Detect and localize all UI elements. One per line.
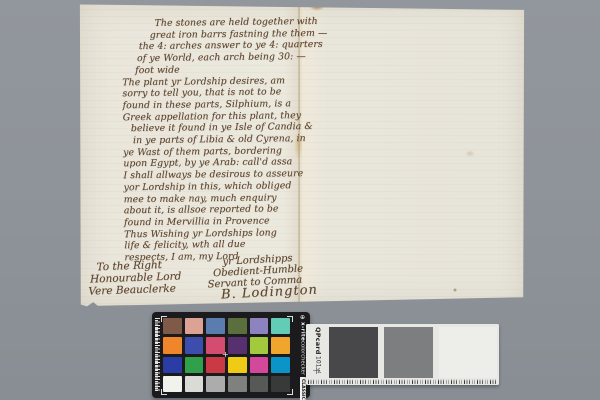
- closing-line: Servant to Comma: [207, 274, 303, 290]
- handwritten-line: upon Egypt, by ye Arab: call'd assa: [123, 156, 331, 170]
- handwritten-line: I shall allways be desirous to asseure: [123, 168, 331, 182]
- color-patch: [185, 337, 204, 353]
- product-label: colorchecker: [300, 341, 306, 375]
- handwritten-line: about it, is allsoe reported to be: [124, 203, 332, 217]
- letter-body: The stones are held together withgreat i…: [122, 16, 333, 264]
- color-patch: [250, 376, 269, 392]
- color-patch: [228, 357, 247, 373]
- color-patch: [185, 318, 204, 334]
- corner-bracket-icon: [287, 389, 293, 395]
- handwritten-line: The stones are held together with: [155, 16, 330, 30]
- color-patch: [250, 337, 269, 353]
- colorchecker-card: + ⊕ x-rite colorchecker CLASSIC: [152, 312, 310, 398]
- handwritten-line: mee to make nay, much enquiry: [124, 191, 332, 205]
- handwritten-line: sorry to tell you, that is not to be: [122, 86, 330, 100]
- foxing-spot: [465, 150, 475, 157]
- color-patch: [250, 357, 269, 373]
- address-line: Honourable Lord: [90, 270, 182, 285]
- color-patch: [206, 318, 225, 334]
- color-patch: [163, 357, 182, 373]
- color-patch: [206, 376, 225, 392]
- handwritten-line: in ye parts of Libia & old Cyrena, in: [133, 133, 331, 147]
- corner-bracket-icon: [161, 316, 167, 322]
- closing-line: yr Lordshipps: [222, 253, 303, 268]
- foxing-spot: [453, 288, 457, 292]
- handwritten-line: Thus Wishing yr Lordships long: [124, 226, 332, 240]
- color-patch: [185, 376, 204, 392]
- fold-crease: [298, 2, 302, 307]
- fold-stain: [294, 130, 303, 160]
- signature: B. Lodington: [221, 282, 319, 302]
- handwritten-line: yor Lordship in this, which obliged: [124, 180, 332, 194]
- handwritten-line: great iron barrs fastning the them —: [150, 27, 330, 41]
- color-patch: [228, 318, 247, 334]
- handwritten-line: believe it found in ye Isle of Candia &: [131, 121, 331, 135]
- handwritten-line: foot wide: [135, 63, 330, 77]
- corner-bracket-icon: [287, 316, 293, 322]
- crosshair-icon: +: [312, 364, 321, 377]
- handwritten-line: The plant yr Lordship desires, am: [122, 74, 330, 88]
- handwritten-line: life & felicity, wth all due: [124, 238, 332, 252]
- handwritten-line: of ye World, each arch being 30: —: [137, 51, 330, 65]
- handwritten-line: ye Wast of them parts, bordering: [123, 144, 331, 158]
- gray-patch: [329, 327, 378, 378]
- color-patch: [185, 357, 204, 373]
- color-patch: [163, 337, 182, 353]
- qpcard-ruler: [308, 379, 497, 384]
- gray-patch: [384, 327, 433, 378]
- handwritten-line: respects, I am, my Lord: [124, 250, 332, 264]
- paper-vignette: [79, 2, 525, 307]
- address-block: To the RightHonourable LordVere Beaucler…: [87, 258, 181, 297]
- color-patch: [228, 376, 247, 392]
- handwritten-line: found in Mervillia in Provence: [124, 215, 332, 229]
- color-patch: [228, 337, 247, 353]
- archival-photo-background: The stones are held together withgreat i…: [0, 0, 600, 400]
- edition-badge: CLASSIC: [300, 377, 306, 400]
- handwritten-line: found in these parts, Silphium, is a: [123, 98, 331, 112]
- qpcard-grayscale-card: QPcard 101 v4 +: [306, 324, 499, 385]
- gray-patch: [439, 327, 497, 378]
- corner-bracket-icon: [161, 389, 167, 395]
- color-patch: [271, 337, 290, 353]
- color-patch: [250, 318, 269, 334]
- handwritten-line: the 4: arches answer to ye 4: quarters: [139, 39, 330, 53]
- color-patch: [271, 357, 290, 373]
- address-line: To the Right: [96, 258, 181, 273]
- manuscript-letter: The stones are held together withgreat i…: [79, 2, 525, 307]
- letter-closing: yr LordshippsObedient-HumbleServant to C…: [206, 253, 304, 291]
- ink-stain: [309, 2, 325, 11]
- xrite-logo-icon: ⊕: [300, 315, 305, 321]
- colorchecker-ruler: [155, 318, 160, 392]
- handwritten-line: Greek appellation for this plant, they: [123, 109, 331, 123]
- closing-line: Obedient-Humble: [213, 263, 303, 279]
- address-line: Vere Beauclerke: [88, 282, 182, 297]
- registration-cross-icon: +: [222, 351, 229, 359]
- qpcard-name-label: QPcard: [314, 327, 322, 355]
- brand-label: x-rite: [300, 322, 306, 341]
